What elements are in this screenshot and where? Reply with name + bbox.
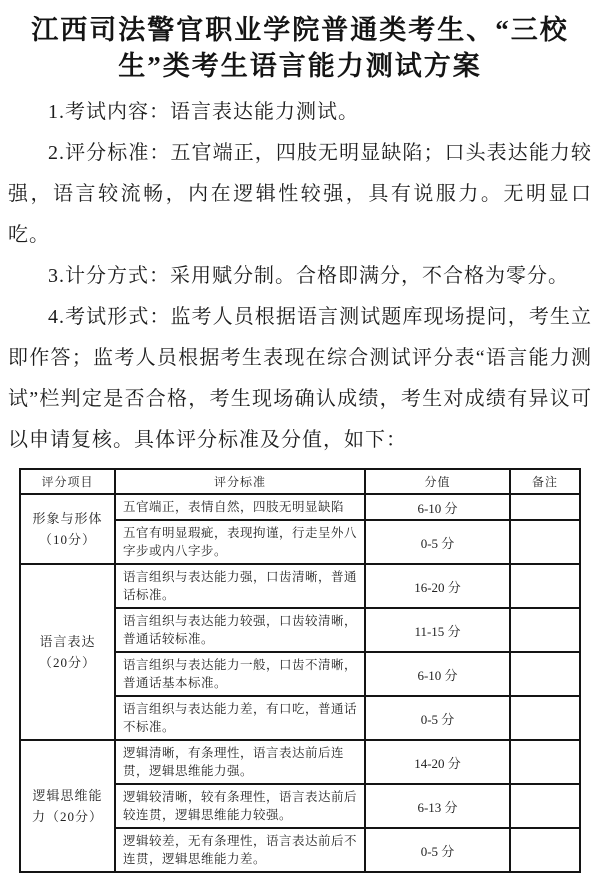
document-page: 江西司法警官职业学院普通类考生、“三校生”类考生语言能力测试方案 1.考试内容：… [0, 0, 600, 873]
remark-cell [510, 494, 580, 520]
paragraph-scoring-method: 3.计分方式：采用赋分制。合格即满分，不合格为零分。 [8, 256, 592, 297]
header-scoring-criteria: 评分标准 [115, 469, 365, 494]
criteria-cell: 逻辑较差，无有条理性，语言表达前后不连贯，逻辑思维能力差。 [115, 828, 365, 872]
score-cell: 11-15 分 [365, 608, 510, 652]
remark-cell [510, 740, 580, 784]
header-score-value: 分值 [365, 469, 510, 494]
criteria-cell: 五官有明显瑕疵，表现拘谨，行走呈外八字步或内八字步。 [115, 520, 365, 564]
score-cell: 6-13 分 [365, 784, 510, 828]
score-cell: 6-10 分 [365, 652, 510, 696]
score-cell: 16-20 分 [365, 564, 510, 608]
remark-cell [510, 608, 580, 652]
score-cell: 0-5 分 [365, 696, 510, 740]
score-cell: 14-20 分 [365, 740, 510, 784]
header-scoring-item: 评分项目 [20, 469, 115, 494]
table-header-row: 评分项目 评分标准 分值 备注 [20, 469, 580, 494]
table-row: 形象与形体（10分）五官端正，表情自然，四肢无明显缺陷6-10 分 [20, 494, 580, 520]
criteria-cell: 逻辑清晰，有条理性，语言表达前后连贯，逻辑思维能力强。 [115, 740, 365, 784]
scoring-item-cell: 语言表达（20分） [20, 564, 115, 740]
page-title: 江西司法警官职业学院普通类考生、“三校生”类考生语言能力测试方案 [10, 12, 590, 84]
score-cell: 0-5 分 [365, 520, 510, 564]
scoring-item-cell: 逻辑思维能力（20分） [20, 740, 115, 872]
criteria-cell: 语言组织与表达能力一般，口齿不清晰，普通话基本标准。 [115, 652, 365, 696]
score-cell: 0-5 分 [365, 828, 510, 872]
score-cell: 6-10 分 [365, 494, 510, 520]
remark-cell [510, 784, 580, 828]
table-row: 逻辑思维能力（20分）逻辑清晰，有条理性，语言表达前后连贯，逻辑思维能力强。14… [20, 740, 580, 784]
document-body: 1.考试内容：语言表达能力测试。 2.评分标准：五官端正，四肢无明显缺陷；口头表… [8, 92, 592, 461]
remark-cell [510, 828, 580, 872]
criteria-cell: 语言组织与表达能力强，口齿清晰，普通话标准。 [115, 564, 365, 608]
scoring-table-body: 形象与形体（10分）五官端正，表情自然，四肢无明显缺陷6-10 分五官有明显瑕疵… [20, 494, 580, 872]
remark-cell [510, 564, 580, 608]
remark-cell [510, 696, 580, 740]
criteria-cell: 语言组织与表达能力差，有口吃，普通话不标准。 [115, 696, 365, 740]
criteria-cell: 语言组织与表达能力较强，口齿较清晰，普通话较标准。 [115, 608, 365, 652]
criteria-cell: 五官端正，表情自然，四肢无明显缺陷 [115, 494, 365, 520]
paragraph-exam-format: 4.考试形式：监考人员根据语言测试题库现场提问，考生立即作答；监考人员根据考生表… [8, 297, 592, 461]
table-row: 语言表达（20分）语言组织与表达能力强，口齿清晰，普通话标准。16-20 分 [20, 564, 580, 608]
header-remark: 备注 [510, 469, 580, 494]
scoring-table: 评分项目 评分标准 分值 备注 形象与形体（10分）五官端正，表情自然，四肢无明… [19, 468, 581, 873]
remark-cell [510, 652, 580, 696]
paragraph-exam-content: 1.考试内容：语言表达能力测试。 [8, 92, 592, 133]
scoring-item-cell: 形象与形体（10分） [20, 494, 115, 564]
criteria-cell: 逻辑较清晰，较有条理性，语言表达前后较连贯，逻辑思维能力较强。 [115, 784, 365, 828]
remark-cell [510, 520, 580, 564]
paragraph-scoring-standard: 2.评分标准：五官端正，四肢无明显缺陷；口头表达能力较强，语言较流畅，内在逻辑性… [8, 133, 592, 256]
